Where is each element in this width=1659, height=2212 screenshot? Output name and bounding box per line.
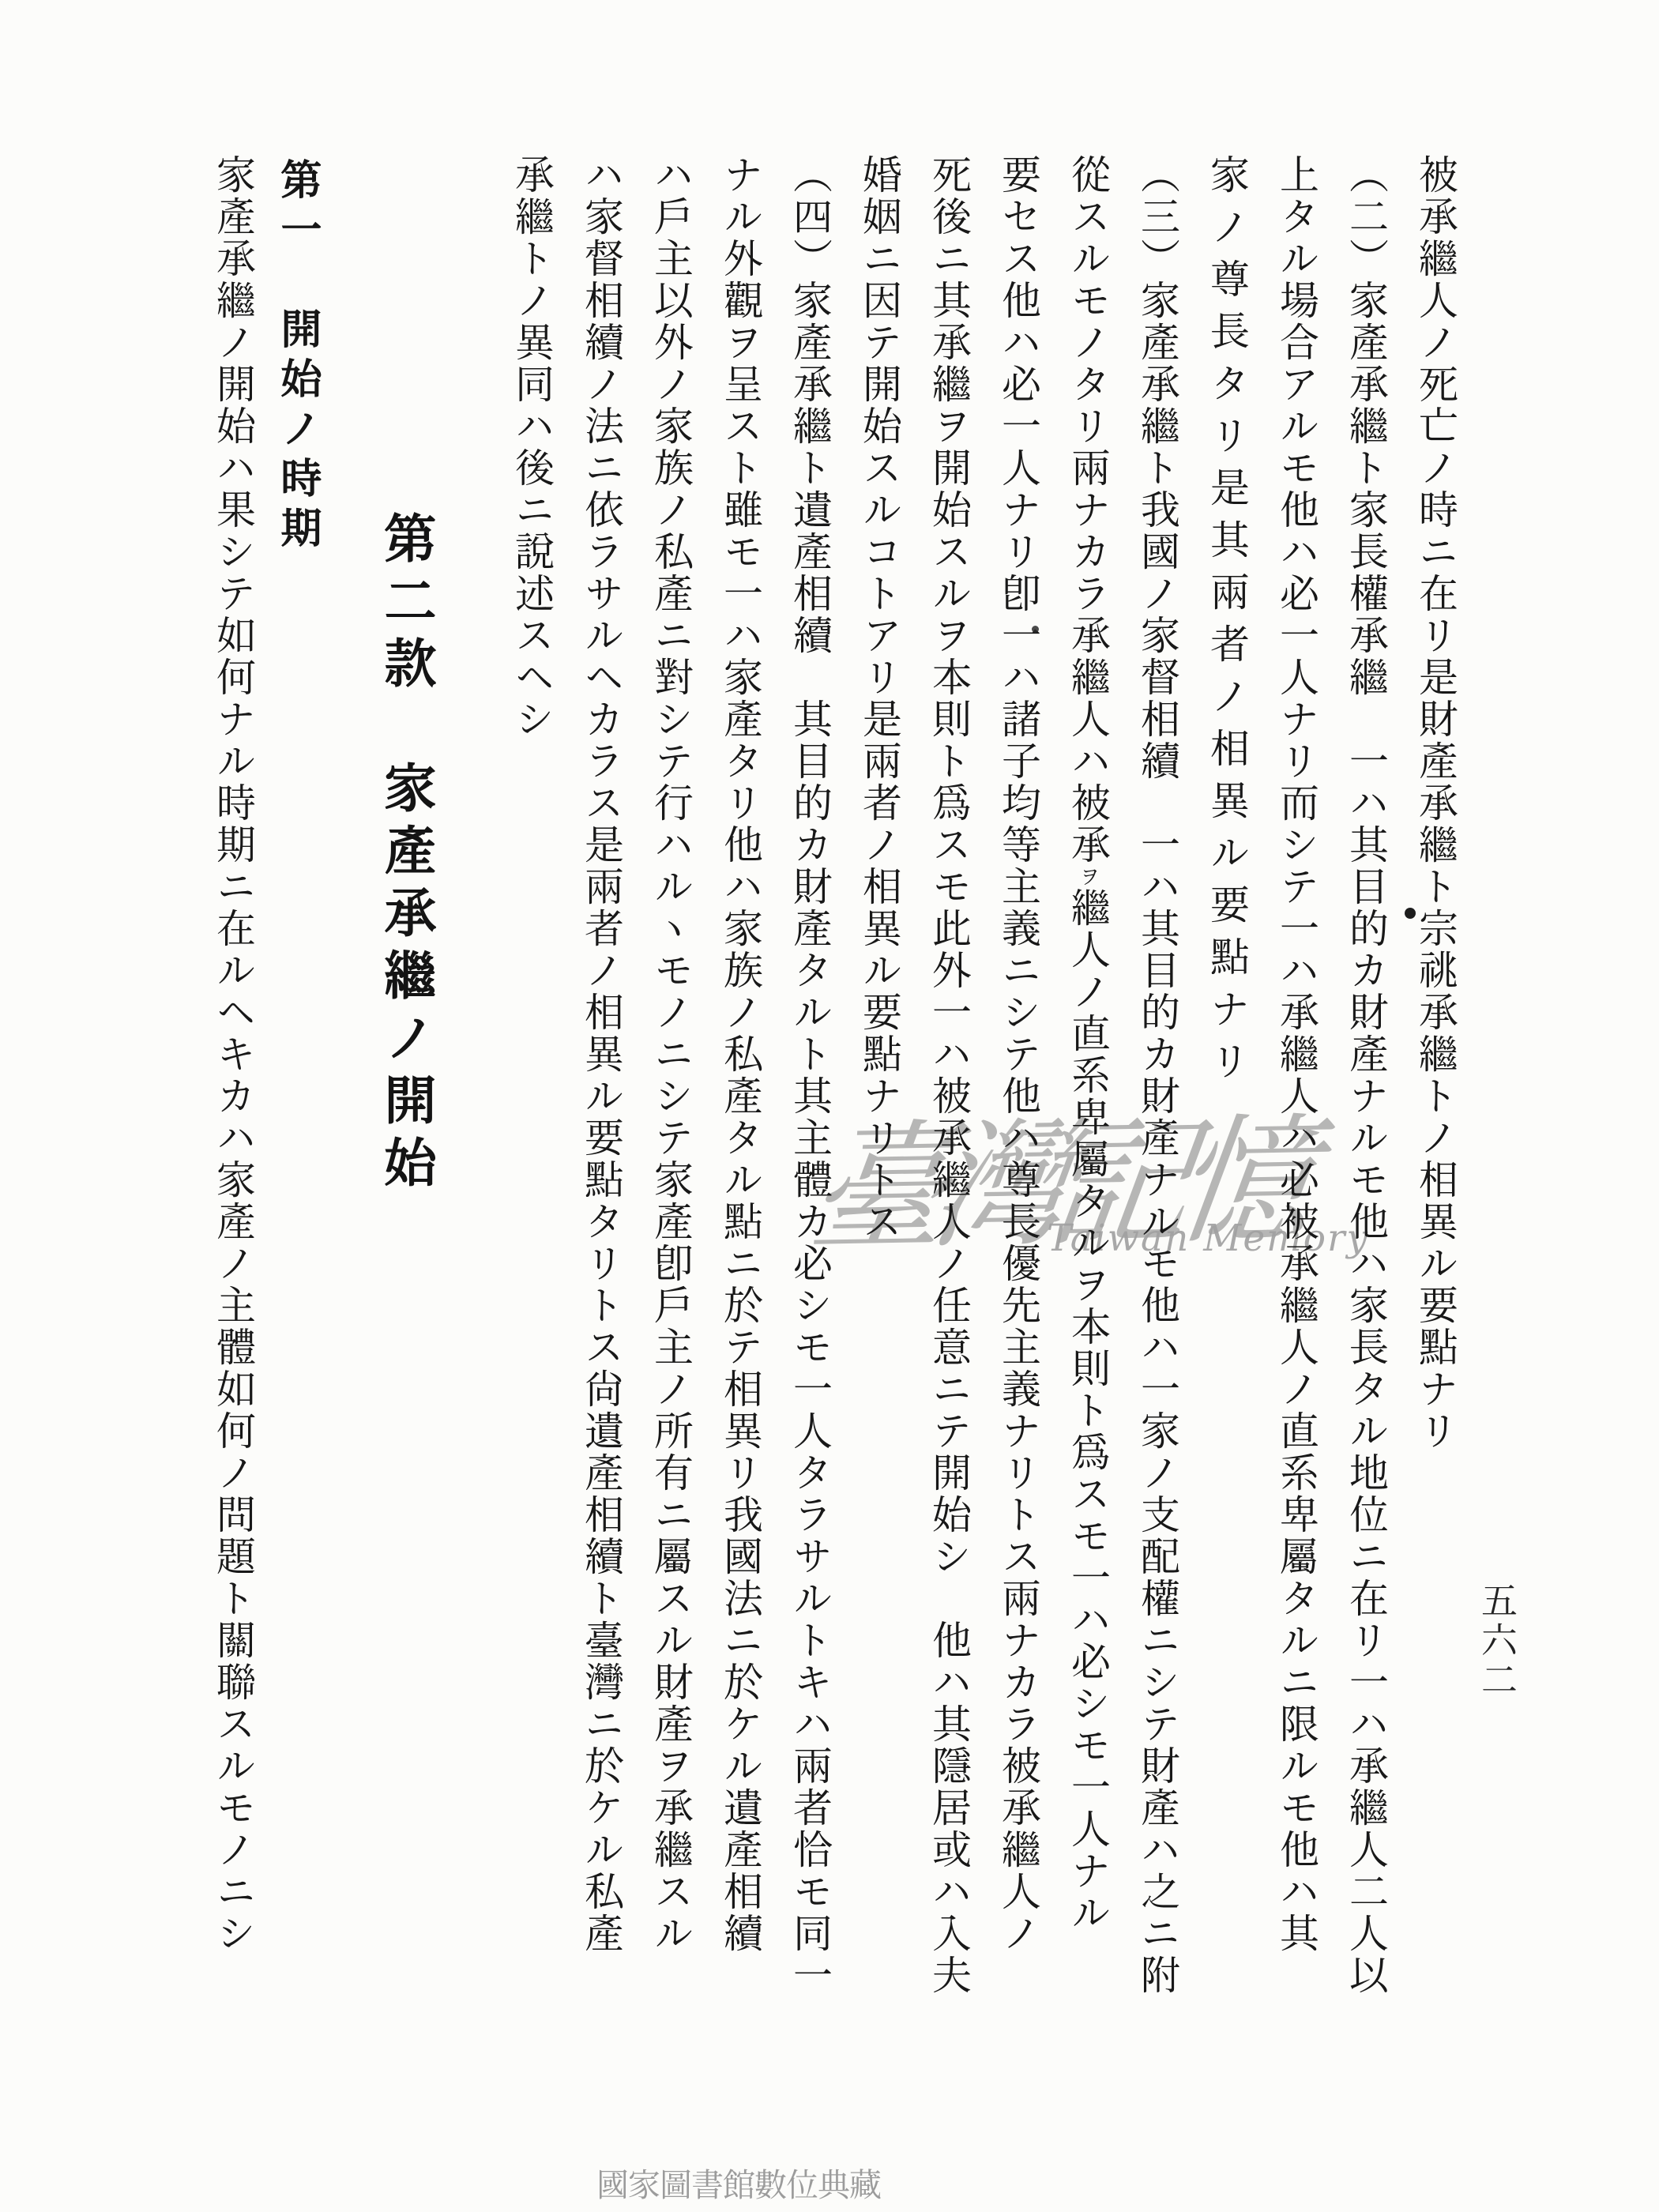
text-column-5: （三）家產承繼ト我國ノ家督相續 一ハ其目的カ財產ナルモ他ハ一家ノ支配權ニシテ財產… <box>1134 154 1181 2129</box>
scanned-document-page: 臺灣記憶 Taiwan Memory 被承繼人ノ死亡ノ時ニ在リ是財產承繼ト宗祧承… <box>0 0 1659 2212</box>
footer-archive-label: 國家圖書館數位典藏 <box>596 2159 881 2206</box>
text-column-6: 從スルモノタリ兩ナカラ承繼人ハ被承ヲ繼人ノ直系卑屬タルヲ本則ト爲スモ一ハ必シモ一… <box>1064 154 1112 2129</box>
text-column-1: 被承繼人ノ死亡ノ時ニ在リ是財產承繼ト宗祧承繼トノ相異ル要點ナリ <box>1412 154 1459 2129</box>
text-column-8: 死後ニ其承繼ヲ開始スルヲ本則ト爲スモ此外一ハ被承繼人ノ任意ニテ開始シ 他ハ其隱居… <box>925 154 972 2129</box>
section-subheading: 第一 開始ノ時期 <box>275 158 327 869</box>
text-column-9: 婚姻ニ因テ開始スルコトアリ是兩者ノ相異ル要點ナリトス <box>856 154 903 2129</box>
text-column-12: ハ戶主以外ノ家族ノ私產ニ對シテ行ハルヽモノニシテ家產卽戶主ノ所有ニ屬スル財產ヲ承… <box>647 154 694 2129</box>
column-1-text-start: 被承繼人ノ死亡ノ時ニ在リ是財產承繼ト <box>1413 154 1458 908</box>
section-heading: 第二款 家產承繼ノ開始 <box>378 511 444 1380</box>
text-column-4: 家ノ尊長タリ是其兩者ノ相異ル要點ナリ <box>1203 154 1251 2129</box>
column-1-text-end: 祧承繼トノ相異ル要點ナリ <box>1413 950 1458 1452</box>
text-column-13: ハ家督相續ノ法ニ依ラサルヘカラス是兩者ノ相異ル要點タリトス尙遺產相續ト臺灣ニ於ケ… <box>577 154 625 2129</box>
emphasis-dotted-char: 宗 <box>1413 908 1458 950</box>
ink-speck <box>1032 626 1039 633</box>
text-column-10: （四）家產承繼ト遺產相續 其目的カ財產タルト其主體カ必シモ一人タラサルトキハ兩者… <box>786 154 833 2129</box>
inserted-kana: ヲ <box>1076 866 1100 887</box>
column-6-text-end: 繼人ノ直系卑屬タルヲ本則ト爲スモ一ハ必シモ一人ナル <box>1065 887 1111 1934</box>
text-column-11: ナル外觀ヲ呈スト雖モ一ハ家產タリ他ハ家族ノ私產タル點ニ於テ相異リ我國法ニ於ケル遺… <box>717 154 764 2129</box>
column-6-text-start: 從スルモノタリ兩ナカラ承繼人ハ被承 <box>1065 154 1111 866</box>
page-number: 五六二 <box>1476 1582 1523 1755</box>
text-column-3: 上タル場合アルモ他ハ必一人ナリ而シテ一ハ承繼人ハ必被承繼人ノ直系卑屬タルニ限ルモ… <box>1273 154 1320 2129</box>
text-column-14: 承繼トノ異同ハ後ニ說述スヘシ <box>508 154 555 2129</box>
text-column-16: 家產承繼ノ開始ハ果シテ如何ナル時期ニ在ルヘキカハ家產ノ主體如何ノ問題ト關聯スルモ… <box>209 154 257 2129</box>
text-column-2: （二）家產承繼ト家長權承繼 一ハ其目的カ財產ナルモ他ハ家長タル地位ニ在リ一ハ承繼… <box>1342 154 1390 2129</box>
text-column-7: 要セス他ハ必一人ナリ卽一ハ諸子均等主義ニシテ他ハ尊長優先主義ナリトス兩ナカラ被承… <box>995 154 1042 2129</box>
